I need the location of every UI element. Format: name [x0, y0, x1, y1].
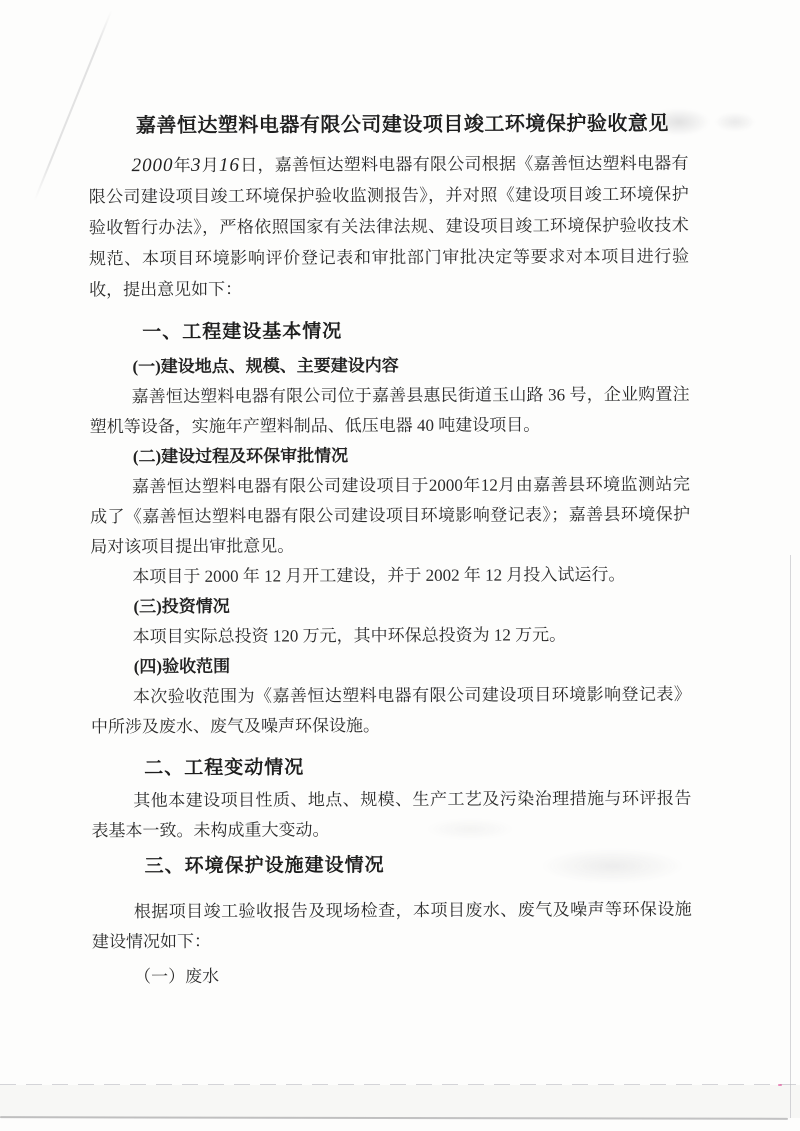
paragraph-location-scale: 嘉善恒达塑料电器有限公司位于嘉善县惠民街道玉山路 36 号，企业购置注塑机等设备… — [89, 380, 689, 443]
scanned-document-page: 嘉善恒达塑料电器有限公司建设项目竣工环境保护验收意见 2000年3月16日，嘉善… — [0, 0, 800, 1131]
section-heading-1: 一、工程建设基本情况 — [142, 316, 689, 348]
paragraph-construction-dates: 本项目于 2000 年 12 月开工建设，并于 2002 年 12 月投入试运行… — [90, 560, 690, 593]
year-character: 年 — [173, 156, 191, 175]
paragraph-wastewater-label: （一）废水 — [92, 960, 692, 993]
subheading-1-3: (三)投资情况 — [133, 590, 690, 622]
paragraph-acceptance-scope: 本次验收范围为《嘉善恒达塑料电器有限公司建设项目环境影响登记表》中所涉及废水、废… — [91, 680, 691, 743]
section-heading-2: 二、工程变动情况 — [144, 752, 691, 784]
paragraph-approval-process: 嘉善恒达塑料电器有限公司建设项目于2000年12月由嘉善县环境监测站完成了《嘉善… — [90, 470, 690, 563]
day-character: 日， — [240, 156, 275, 175]
subheading-1-1: (一)建设地点、规模、主要建设内容 — [132, 350, 689, 382]
document-title: 嘉善恒达塑料电器有限公司建设项目竣工环境保护验收意见 — [102, 110, 702, 141]
paragraph-project-changes: 其他本建设项目性质、地点、规模、生产工艺及污染治理措施与环评报告表基本一致。未构… — [91, 784, 691, 847]
section-heading-3: 三、环境保护设施建设情况 — [145, 850, 692, 882]
subheading-1-4: (四)验收范围 — [134, 650, 691, 682]
paragraph-investment: 本项目实际总投资 120 万元，其中环保总投资为 12 万元。 — [91, 620, 691, 653]
paragraph-facility-intro: 根据项目竣工验收报告及现场检查，本项目废水、废气及噪声等环保设施建设情况如下： — [92, 895, 692, 958]
handwritten-day: 16 — [219, 155, 240, 176]
scan-bottom-band-artifact — [0, 1085, 800, 1118]
scan-ink-speck — [778, 1084, 782, 1086]
scan-page-edge-line — [0, 1116, 788, 1120]
intro-body-text: 嘉善恒达塑料电器有限公司根据《嘉善恒达塑料电器有限公司建设项目竣工环境保护验收监… — [89, 154, 689, 300]
handwritten-month: 3 — [191, 155, 202, 176]
month-character: 月 — [201, 156, 219, 175]
document-content: 嘉善恒达塑料电器有限公司建设项目竣工环境保护验收意见 2000年3月16日，嘉善… — [0, 0, 800, 993]
scan-fold-line-artifact — [0, 1084, 800, 1085]
intro-paragraph: 2000年3月16日，嘉善恒达塑料电器有限公司根据《嘉善恒达塑料电器有限公司建设… — [88, 148, 689, 306]
subheading-1-2: (二)建设过程及环保审批情况 — [133, 440, 690, 472]
handwritten-year: 2000 — [131, 155, 173, 176]
